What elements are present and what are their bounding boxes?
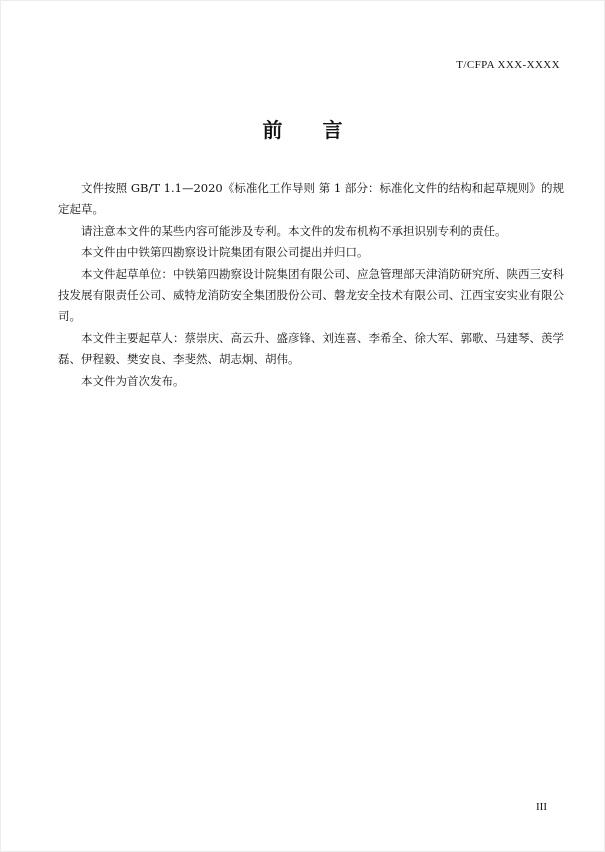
document-body: 文件按照 GB/T 1.1—2020《标准化工作导则 第 1 部分：标准化文件的…	[58, 178, 564, 392]
page-number: III	[1, 801, 547, 813]
paragraph-drafting-orgs: 本文件起草单位：中铁第四勘察设计院集团有限公司、应急管理部天津消防研究所、陕西三…	[58, 264, 564, 328]
paragraph-first-issue: 本文件为首次发布。	[58, 371, 564, 392]
paragraph-drafting-rules: 文件按照 GB/T 1.1—2020《标准化工作导则 第 1 部分：标准化文件的…	[58, 178, 564, 221]
paragraph-patent-notice: 请注意本文件的某些内容可能涉及专利。本文件的发布机构不承担识别专利的责任。	[58, 221, 564, 242]
paragraph-proposing-org: 本文件由中铁第四勘察设计院集团有限公司提出并归口。	[58, 242, 564, 263]
paragraph-drafters: 本文件主要起草人：蔡崇庆、高云升、盛彦锋、刘连喜、李希全、徐大军、郭歌、马建琴、…	[58, 328, 564, 371]
document-code: T/CFPA XXX-XXXX	[456, 59, 560, 71]
document-page: T/CFPA XXX-XXXX 前 言 文件按照 GB/T 1.1—2020《标…	[0, 0, 605, 852]
page-title: 前 言	[1, 114, 604, 143]
